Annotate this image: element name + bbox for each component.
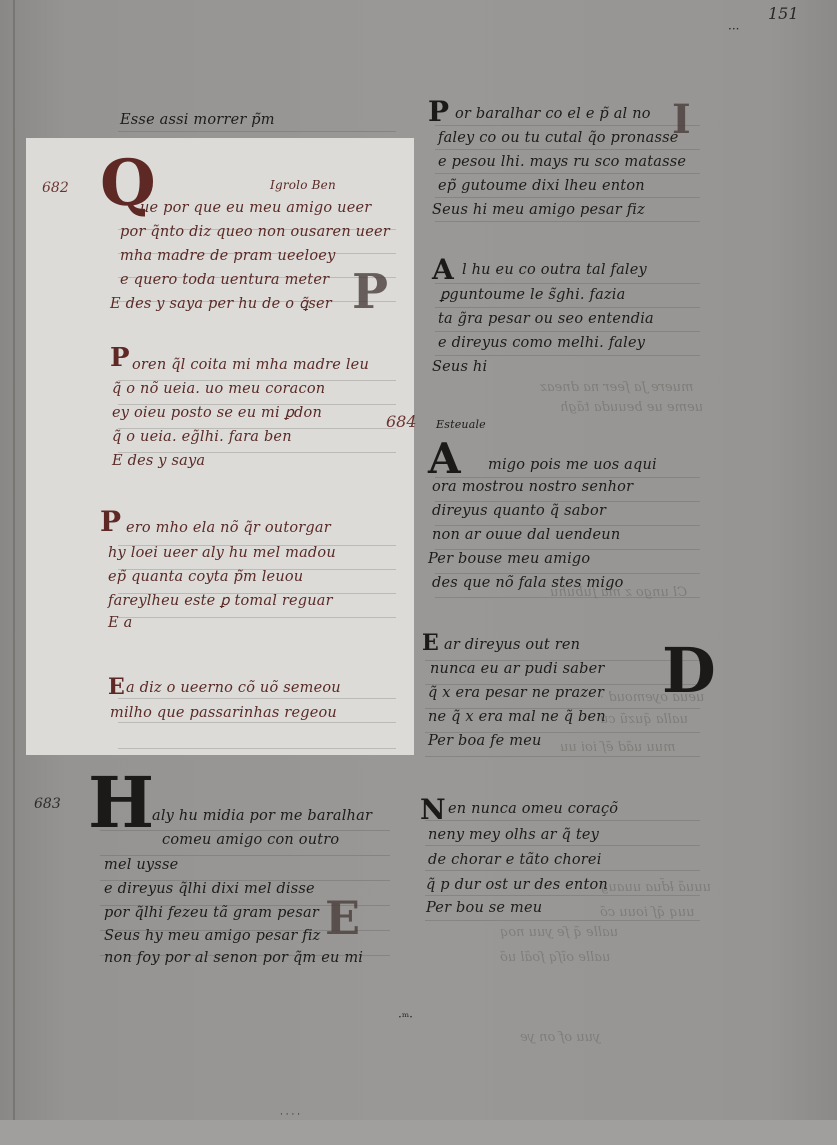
- initial-e: E: [108, 676, 125, 698]
- initial-p: P: [100, 508, 121, 536]
- initial-p: P: [428, 98, 449, 126]
- refrain-line: Seus hi meu amigo pesar fiz: [432, 202, 645, 218]
- folio-number: 151: [768, 4, 799, 23]
- initial-a: A: [432, 256, 454, 284]
- verse-line: e quero toda uentura meter: [120, 272, 329, 288]
- verse-line: ar direyus out ren: [444, 637, 580, 653]
- verse-line: ey oieu posto se eu mi ꝑdon: [112, 405, 322, 421]
- decorated-initial-h: H: [88, 768, 154, 838]
- verse-line: nunca eu ar pudi saber: [430, 661, 605, 677]
- verse-line: l hu eu co outra tal faley: [462, 262, 647, 278]
- verse-line: milho que passarinhas regeou: [110, 705, 337, 721]
- refrain-line: E a: [108, 615, 132, 631]
- verse-line: ta g̃ra pesar ou seo entendia: [438, 311, 654, 327]
- page-bottom-edge: [0, 1120, 837, 1145]
- verse-line: e direyus como melhi. faley: [438, 335, 645, 351]
- initial-p: P: [110, 345, 130, 371]
- faded-initial-e: E: [325, 895, 360, 941]
- verse-line: por q̃lhi fezeu tã gram pesar: [104, 905, 319, 921]
- ink-dots: ···: [728, 22, 739, 36]
- verse-line: non ar ouue dal uendeun: [432, 527, 620, 543]
- cantiga-number: 683: [34, 796, 61, 812]
- verse-line: migo pois me uos aqui: [488, 457, 657, 473]
- verse-line: faley co ou tu cutal q̃o pronasse: [438, 130, 679, 146]
- verse-line: mha madre de pram ueeloey: [120, 248, 335, 264]
- decorated-initial-a: A: [428, 438, 461, 480]
- verse-line: ꝑguntoume le s̃ghi. fazia: [440, 287, 625, 303]
- faded-initial-p: P: [352, 268, 388, 316]
- verse-line: ora mostrou nostro senhor: [432, 479, 633, 495]
- gutter-line: [13, 0, 15, 1120]
- verse-line: e direyus q̃lhi dixi mel disse: [104, 881, 315, 897]
- verse-line: des que nõ fala stes migo: [432, 575, 624, 591]
- faded-initial: I: [672, 100, 691, 140]
- verse-line: hy loei ueer aly hu mel madou: [108, 545, 336, 561]
- verse-line: a diz o ueerno cõ uõ semeou: [126, 680, 341, 696]
- marginal-annotation: Esteuale: [436, 418, 486, 431]
- verse-line: q̃ x era pesar ne prazer: [428, 685, 604, 701]
- cantiga-number: 684: [386, 412, 417, 431]
- verse-line: neny mey olhs ar q̃ tey: [428, 827, 599, 843]
- refrain-line: Per bouse meu amigo: [428, 551, 590, 567]
- refrain-line: Seus hi: [432, 359, 487, 375]
- refrain-line: Per bou se meu: [426, 900, 542, 916]
- initial-n: N: [420, 796, 446, 824]
- verse-line: en nunca omeu coraçõ: [448, 801, 618, 817]
- ink-mark: ·ᵐ·: [398, 1010, 413, 1024]
- verse-line: ero mho ela nõ q̃r outorgar: [126, 520, 331, 536]
- top-refrain-line: Esse assi morrer p̃m: [120, 112, 275, 128]
- verse-line: de chorar e tãto chorei: [428, 852, 602, 868]
- verse-line: q̃ o ueia. eg̃lhi. fara ben: [112, 429, 292, 445]
- initial-e: E: [422, 632, 439, 654]
- verse-line: comeu amigo con outro: [162, 832, 339, 848]
- refrain-line: E des y saya: [112, 453, 205, 469]
- marginal-annotation: Igrolo Ben: [270, 178, 336, 192]
- verse-line: non foy por al senon por q̃m eu mi: [104, 950, 363, 966]
- refrain-line: E des y saya per hu de o ꝗ̃ser: [110, 296, 332, 312]
- verse-line: ne q̃ x era mal ne q̃ ben: [428, 709, 606, 725]
- verse-line: fareylheu este ꝑ tomal reguar: [108, 593, 333, 609]
- cantiga-number: 682: [42, 180, 69, 196]
- verse-line: e pesou lhi. mays ru sco matasse: [438, 154, 686, 170]
- refrain-line: Seus hy meu amigo pesar fiz: [104, 928, 321, 944]
- verse-line: direyus quanto q̃ sabor: [432, 503, 606, 519]
- verse-line: oren q̃l coita mi mha madre leu: [132, 357, 369, 373]
- verse-line: aly hu midia por me baralhar: [152, 808, 372, 824]
- verse-line: q̃ o nõ ueia. uo meu coracon: [112, 381, 325, 397]
- verse-line: ep̃ quanta coyta p̃m leuou: [108, 569, 303, 585]
- refrain-line: Per boa fe meu: [428, 733, 542, 749]
- verse-line: ue por que eu meu amigo ueer: [140, 200, 371, 216]
- verse-line: por q̃nto diz queo non ousaren ueer: [120, 224, 390, 240]
- verse-line: mel uysse: [104, 857, 178, 873]
- decorated-initial-d: D: [662, 640, 716, 702]
- verse-line: q̃ p dur ost ur des enton: [426, 877, 608, 893]
- ink-dots: · · · ·: [280, 1110, 300, 1120]
- verse-line: ep̃ gutoume dixi lheu enton: [438, 178, 645, 194]
- verse-line: or baralhar co el e p̃ al no: [455, 106, 651, 122]
